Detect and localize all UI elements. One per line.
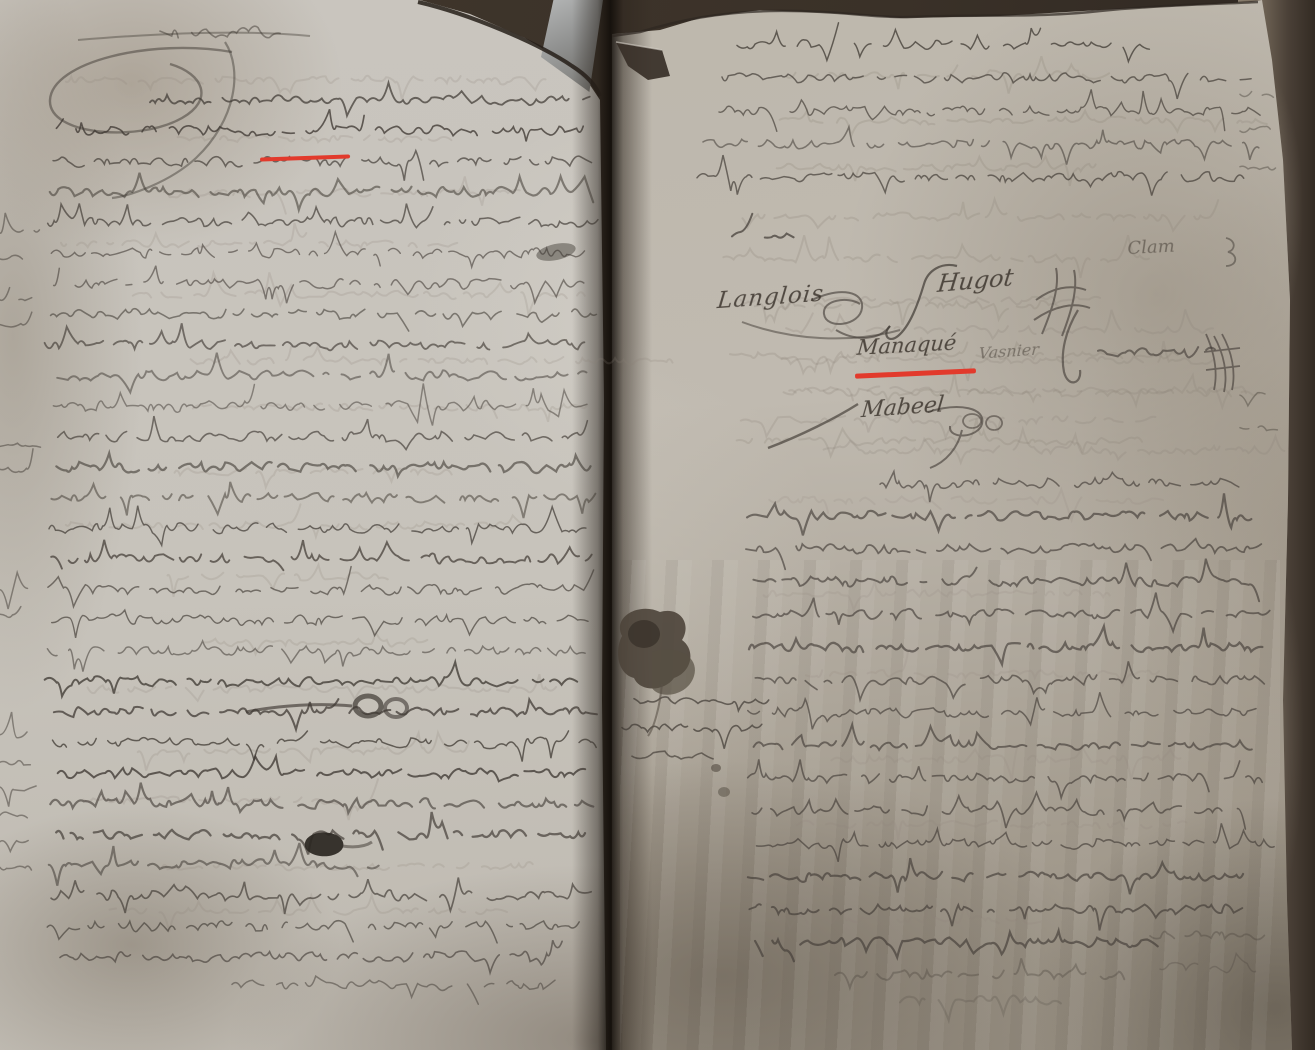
manuscript-photo: Langlois Hugot Manaqué Vasnier Mabeel Cl… [0,0,1315,1050]
book-gutter-shadow [572,0,652,1050]
margin-word-clam: Clam [1127,236,1175,259]
